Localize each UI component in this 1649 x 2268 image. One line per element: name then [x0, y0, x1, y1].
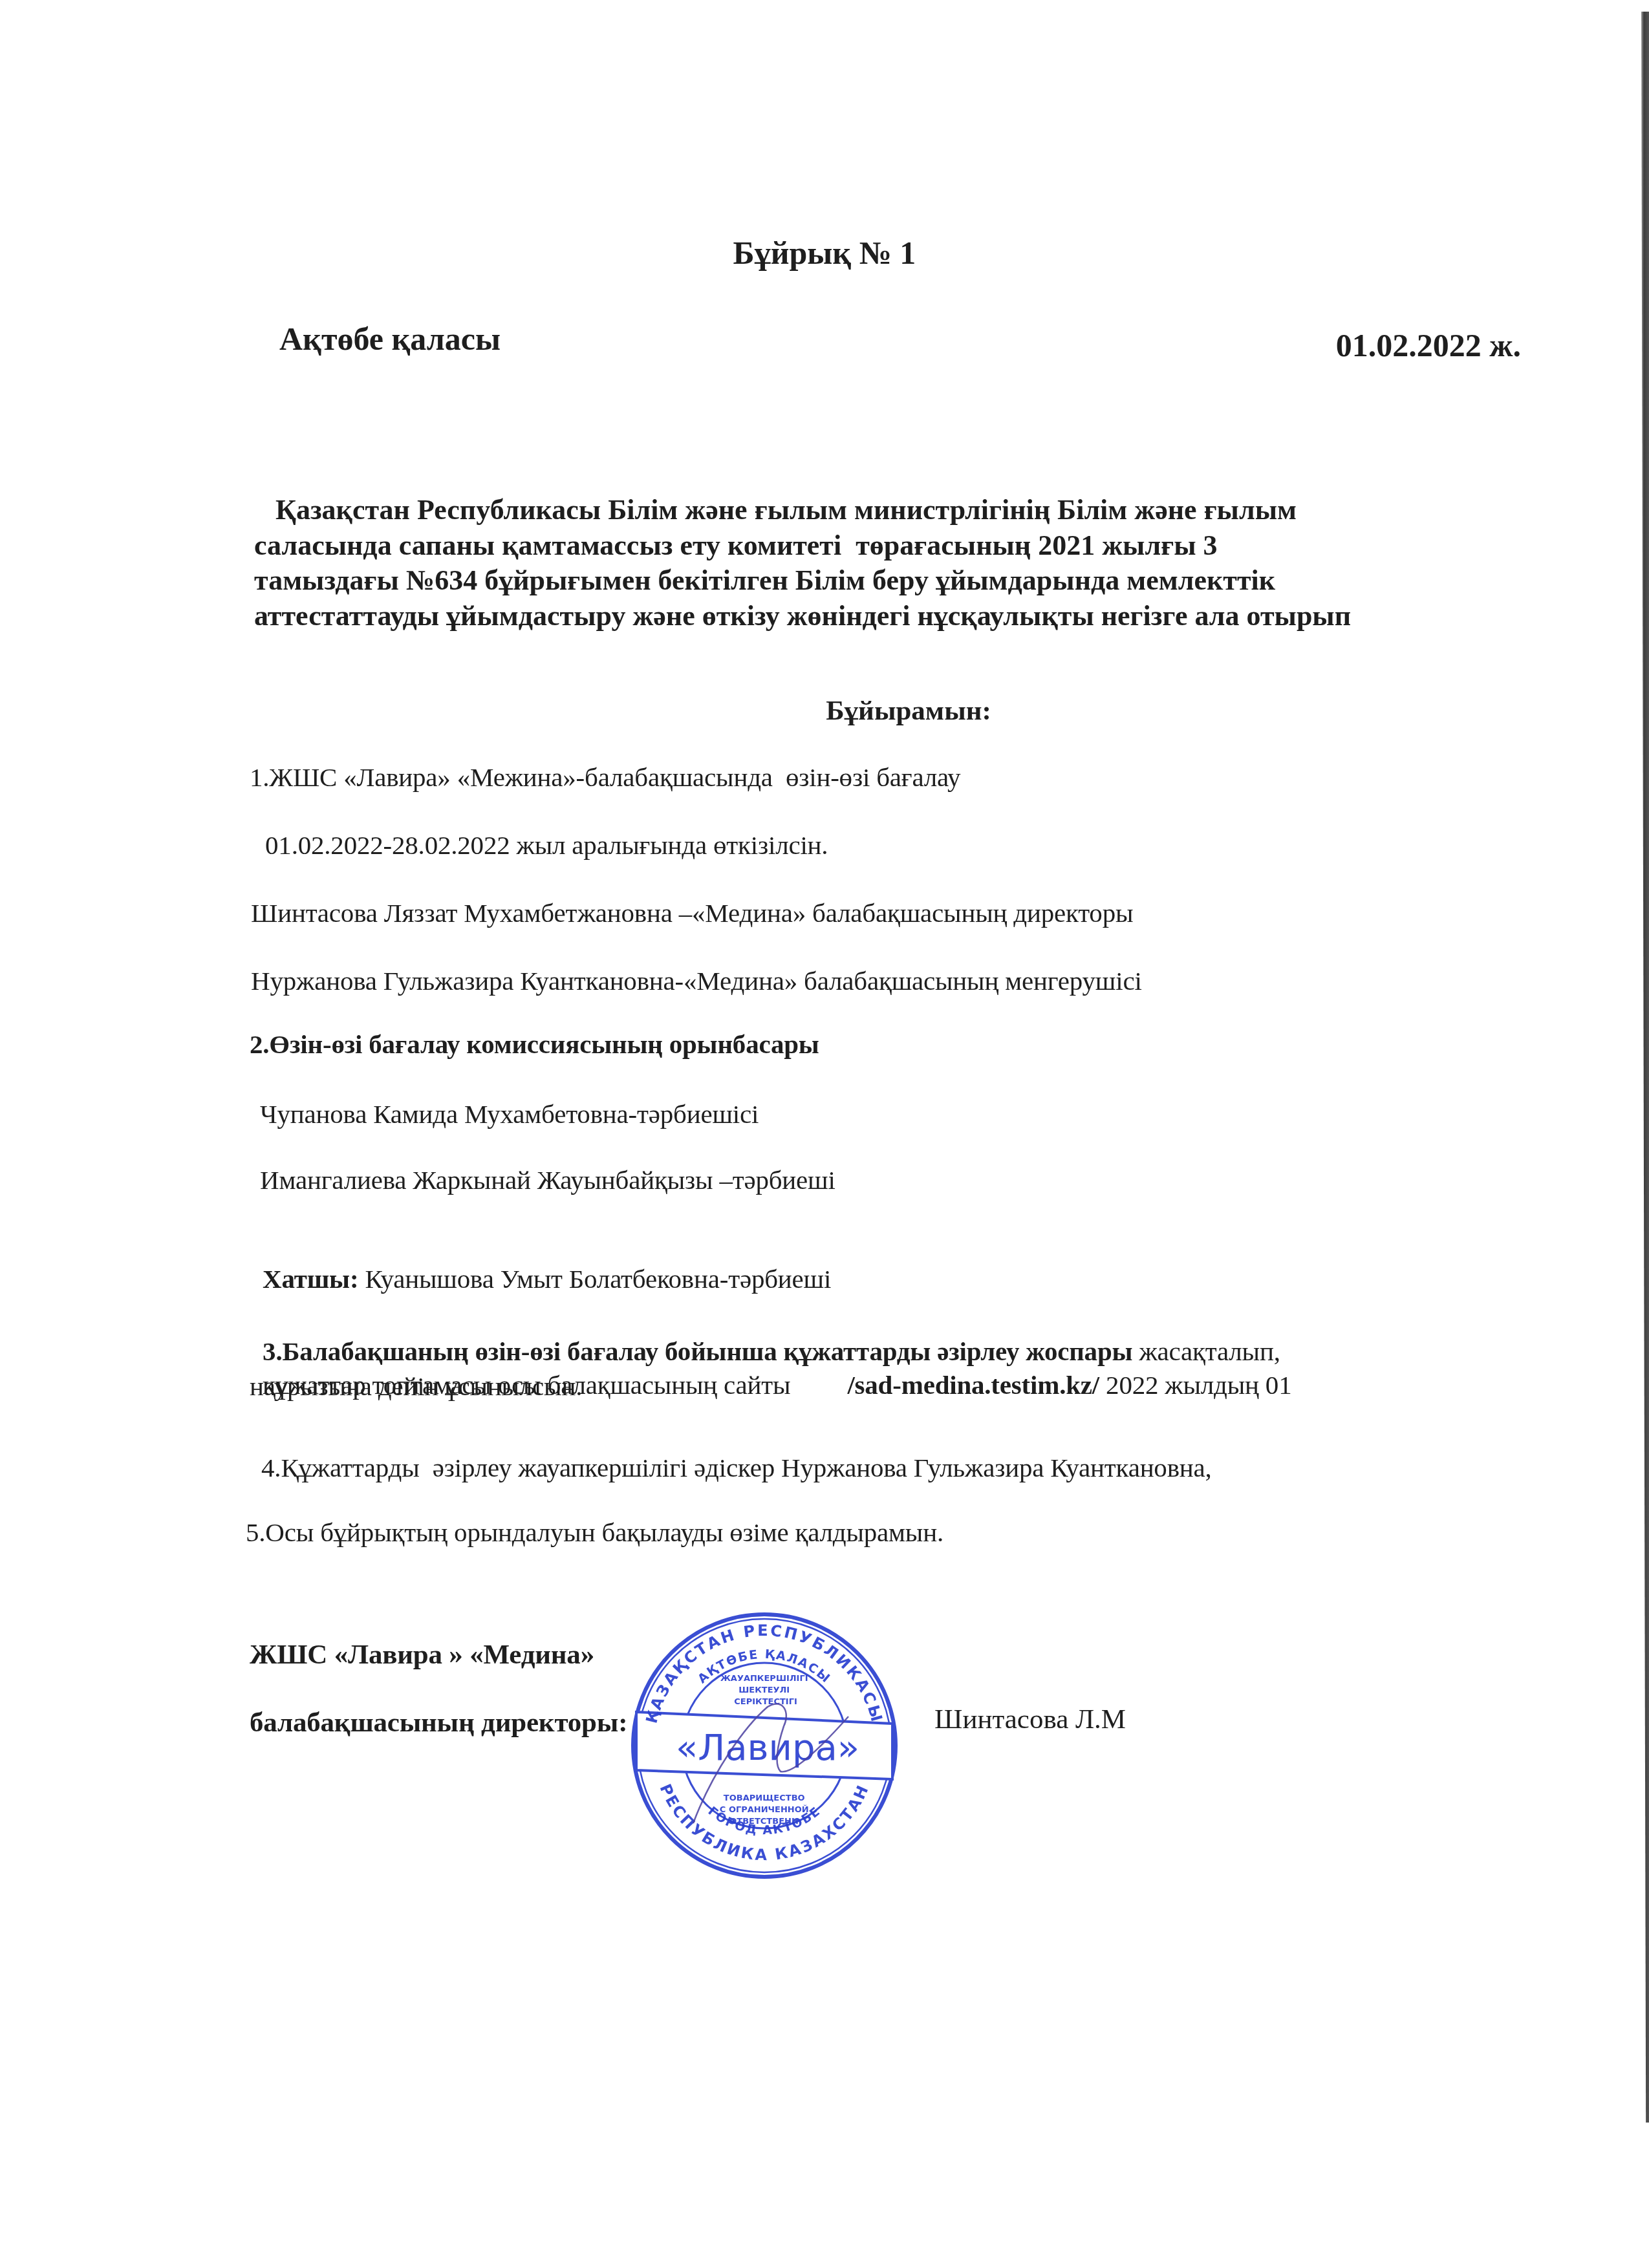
member-manager: Нуржанова Гульжазира Куанткановна-«Медин… [251, 965, 1142, 997]
item-3-text-end: 2022 жылдың 01 [1099, 1370, 1291, 1400]
svg-text:ЖАУАПКЕРШІЛІГІ ШЕКТЕУЛІ: ЖАУАПКЕРШІЛІГІ ШЕКТЕУЛІ СЕРІКТЕСТІГІ [720, 1674, 811, 1707]
preamble-line: тамыздағы №634 бұйрығымен бекітілген Біл… [254, 563, 1547, 599]
item-4: 4.Құжаттарды әзірлеу жауапкершілігі әдіс… [255, 1451, 1212, 1484]
item-1-line-2: 01.02.2022-28.02.2022 жыл аралығында өтк… [259, 829, 828, 861]
item-2-heading: 2.Өзін-өзі бағалау комиссиясының орынбас… [250, 1028, 819, 1060]
stamp-seal: ҚАЗАҚСТАН РЕСПУБЛИКАСЫ АҚТӨБЕ ҚАЛАСЫ ЖАУ… [629, 1610, 900, 1881]
item-5: 5.Осы бұйрықтың орындалуын бақылауды өзі… [246, 1516, 943, 1548]
preamble-line: аттестаттауды ұйымдастыру және өткізу жө… [254, 599, 1547, 634]
secretary-label: Хатшы: [263, 1264, 358, 1294]
site-url: /sad-medina.testim.kz/ [847, 1370, 1099, 1400]
signature-position: балабақшасының директоры: [250, 1707, 627, 1739]
signature-name: Шинтасова Л.М [934, 1704, 1126, 1735]
signature-org: ЖШС «Лавира » «Медина» [250, 1639, 594, 1671]
secretary-line: Хатшы: Куанышова Умыт Болатбековна-тәрби… [250, 1230, 831, 1295]
member-director: Шинтасова Ляззат Мухамбетжановна –«Медин… [251, 897, 1133, 929]
scan-edge [1641, 12, 1649, 2123]
preamble-line: Қазақстан Республикасы Білім және ғылым … [254, 493, 1547, 528]
document-date: 01.02.2022 ж. [1336, 326, 1521, 364]
deputy-2: Имангалиева Жаркынай Жауынбайқызы –тәрби… [253, 1164, 835, 1196]
deputy-1: Чупанова Камида Мухамбетовна-тәрбиешісі [253, 1098, 759, 1130]
preamble-line: саласында сапаны қамтамассыз ету комитет… [254, 528, 1547, 564]
preamble-paragraph: Қазақстан Республикасы Білім және ғылым … [254, 493, 1547, 634]
document-city: Ақтөбе қаласы [279, 320, 501, 358]
order-heading: Бұйырамын: [0, 695, 1649, 727]
secretary-name: Куанышова Умыт Болатбековна-тәрбиеші [358, 1264, 831, 1294]
item-3-line-3: наурызына дейін ұсынылсын. [250, 1370, 582, 1402]
stamp-center: «Лавира» [676, 1727, 859, 1769]
document-title: Бұйрық № 1 [0, 234, 1649, 272]
item-1-line-1: 1.ЖШС «Лавира» «Межина»-балабақшасында ө… [250, 761, 960, 793]
